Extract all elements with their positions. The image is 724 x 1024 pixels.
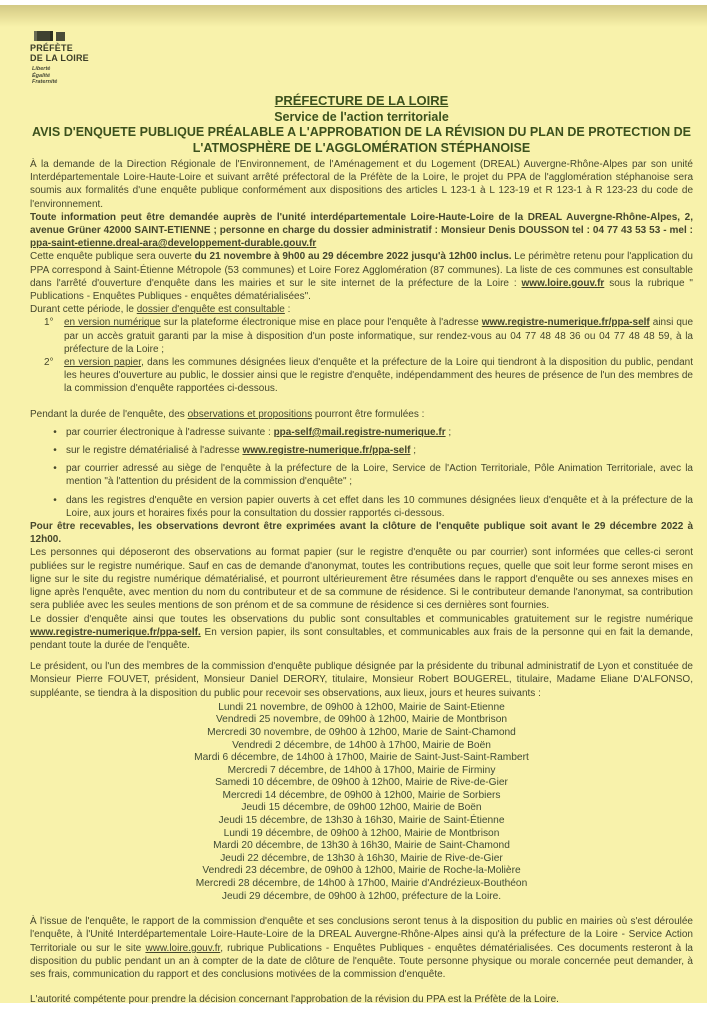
scanned-public-notice: { "doc": { "logo": { "name_line1": "PRÉF… xyxy=(0,0,724,1024)
logo-name-line2: DE LA LOIRE xyxy=(30,53,693,63)
list-item-version-papier: 2° en version papier, dans les communes … xyxy=(30,356,693,396)
loire-gouv-link: www.loire.gouv.fr xyxy=(522,278,605,289)
bullet-icon: • xyxy=(44,494,66,520)
bullet-registres-papier: • dans les registres d'enquête en versio… xyxy=(30,494,693,520)
schedule-line: Mardi 20 décembre, de 13h30 à 16h30, Mai… xyxy=(30,840,693,853)
registre-numerique-link-3: www.registre-numerique.fr/ppa-self. xyxy=(30,627,201,638)
registre-numerique-link-2: www.registre-numerique.fr/ppa-self xyxy=(242,445,410,456)
schedule-line: Mercredi 30 novembre, de 09h00 à 12h00, … xyxy=(30,727,693,740)
permanence-schedule: Lundi 21 novembre, de 09h00 à 12h00, Mai… xyxy=(30,702,693,904)
bullet-icon: • xyxy=(44,444,66,457)
ppa-self-email-link: ppa-self@mail.registre-numerique.fr xyxy=(274,427,446,438)
marianne-flag-icon xyxy=(34,31,693,41)
registre-numerique-link: www.registre-numerique.fr/ppa-self xyxy=(482,317,650,328)
notice-content: PRÉFÈTE DE LA LOIRE Liberté Égalité Frat… xyxy=(0,5,707,1006)
scanned-paper: PRÉFÈTE DE LA LOIRE Liberté Égalité Frat… xyxy=(0,5,707,1003)
paragraph-commission: Le président, ou l'un des membres de la … xyxy=(30,660,693,700)
bullet-icon: • xyxy=(44,462,66,488)
paragraph-consultation-gratuite: Le dossier d'enquête ainsi que toutes le… xyxy=(30,613,693,653)
schedule-line: Jeudi 15 décembre, de 09h00 12h00, Mairi… xyxy=(30,802,693,815)
paragraph-autorite-competente: L'autorité compétente pour prendre la dé… xyxy=(30,993,693,1006)
schedule-line: Jeudi 22 décembre, de 13h30 à 16h30, Mai… xyxy=(30,853,693,866)
list-marker-1: 1° xyxy=(44,316,64,356)
list-item-version-numerique: 1° en version numérique sur la plateform… xyxy=(30,316,693,356)
loire-gouv-link-2: www.loire.gouv.fr xyxy=(145,943,220,954)
schedule-line: Mercredi 28 décembre, de 14h00 à 17h00, … xyxy=(30,878,693,891)
paragraph-recevabilite: Pour être recevables, les observations d… xyxy=(30,520,693,546)
schedule-line: Vendredi 23 décembre, de 09h00 à 12h00, … xyxy=(30,865,693,878)
prefecture-logo: PRÉFÈTE DE LA LOIRE Liberté Égalité Frat… xyxy=(30,31,693,87)
logo-prefecture-name: PRÉFÈTE DE LA LOIRE xyxy=(30,43,693,63)
logo-name-line1: PRÉFÈTE xyxy=(30,43,693,53)
schedule-line: Vendredi 25 novembre, de 09h00 à 12h00, … xyxy=(30,714,693,727)
document-title: PRÉFECTURE DE LA LOIRE xyxy=(30,93,693,109)
notice-heading: AVIS D'ENQUETE PUBLIQUE PRÉALABLE A L'AP… xyxy=(30,125,693,156)
paragraph-information-contact: Toute information peut être demandée aup… xyxy=(30,211,693,251)
paragraph-ouverture-enquete: Cette enquête publique sera ouverte du 2… xyxy=(30,250,693,303)
list-marker-2: 2° xyxy=(44,356,64,396)
document-subtitle: Service de l'action territoriale xyxy=(30,109,693,125)
schedule-line: Vendredi 2 décembre, de 14h00 à 17h00, M… xyxy=(30,740,693,753)
paragraph-issue-enquete: À l'issue de l'enquête, le rapport de la… xyxy=(30,915,693,981)
bullet-courrier-siege: • par courrier adressé au siège de l'enq… xyxy=(30,462,693,488)
paragraph-demande: À la demande de la Direction Régionale d… xyxy=(30,158,693,211)
bullet-courrier-electronique: • par courrier électronique à l'adresse … xyxy=(30,426,693,439)
schedule-line: Lundi 21 novembre, de 09h00 à 12h00, Mai… xyxy=(30,702,693,715)
schedule-line: Mardi 6 décembre, de 14h00 à 17h00, Mair… xyxy=(30,752,693,765)
schedule-line: Mercredi 14 décembre, de 09h00 à 12h00, … xyxy=(30,790,693,803)
schedule-line: Mercredi 7 décembre, de 14h00 à 17h00, M… xyxy=(30,765,693,778)
schedule-line: Lundi 19 décembre, de 09h00 à 12h00, Mai… xyxy=(30,828,693,841)
schedule-line: Jeudi 15 décembre, de 13h30 à 16h30, Mai… xyxy=(30,815,693,828)
paragraph-dossier-consultable: Durant cette période, le dossier d'enquê… xyxy=(30,303,693,316)
schedule-line: Samedi 10 décembre, de 09h00 à 12h00, Ma… xyxy=(30,777,693,790)
logo-motto: Liberté Égalité Fraternité xyxy=(32,66,693,86)
paragraph-observations-intro: Pendant la durée de l'enquête, des obser… xyxy=(30,408,693,421)
enquete-dates: du 21 novembre à 9h00 au 29 décembre 202… xyxy=(195,251,512,262)
paragraph-anonymat: Les personnes qui déposeront des observa… xyxy=(30,546,693,612)
bullet-registre-dematerialise: • sur le registre dématérialisé à l'adre… xyxy=(30,444,693,457)
contact-email-link: ppa-saint-etienne.dreal-ara@developpemen… xyxy=(30,238,316,249)
bullet-icon: • xyxy=(44,426,66,439)
schedule-line: Jeudi 29 décembre, de 09h00 à 12h00, pré… xyxy=(30,891,693,904)
